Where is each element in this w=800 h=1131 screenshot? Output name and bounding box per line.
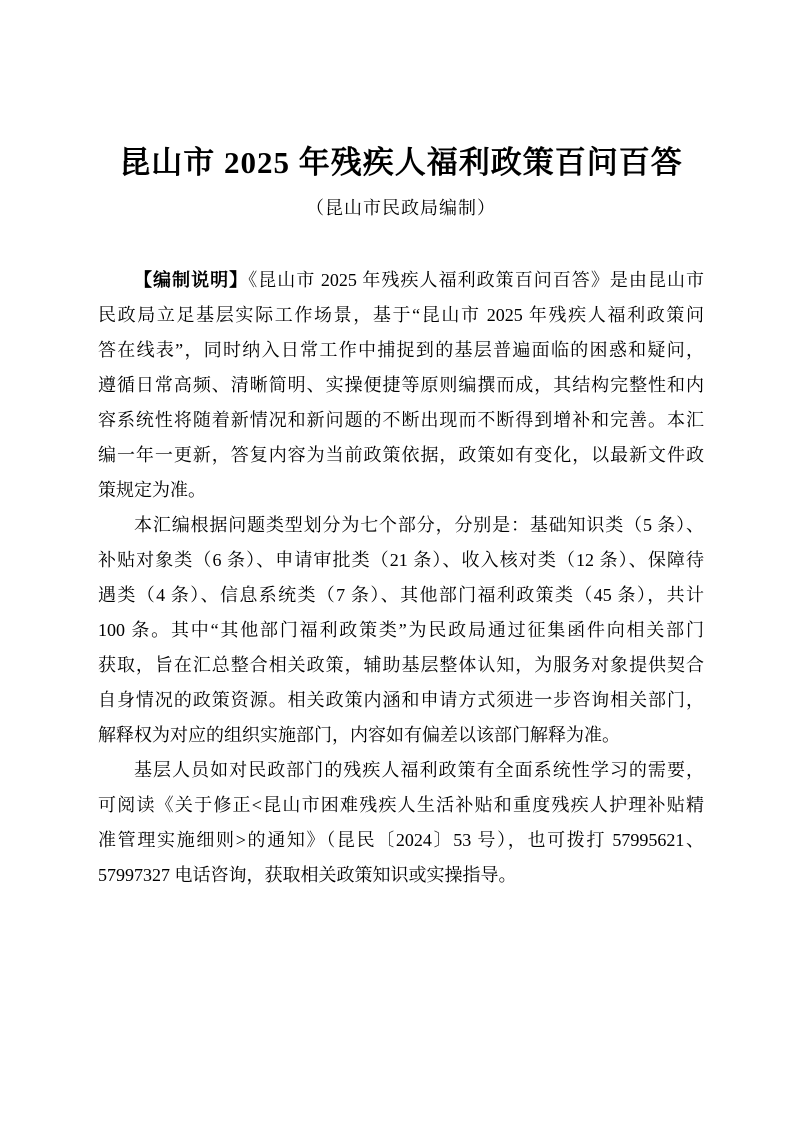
paragraph-text: 《昆山市 2025 年残疾人福利政策百问百答》是由昆山市 — [248, 270, 704, 290]
paragraph-line: 答在线表”，同时纳入日常工作中捕捉到的基层普遍面临的困惑和疑问， — [98, 333, 704, 368]
page-subtitle: （昆山市民政局编制） — [98, 196, 704, 220]
paragraph-line: 可阅读《关于修正<昆山市困难残疾人生活补贴和重度残疾人护理补贴精 — [98, 788, 704, 823]
paragraph-line: 【编制说明】《昆山市 2025 年残疾人福利政策百问百答》是由昆山市 — [98, 263, 704, 298]
paragraph-line: 民政局立足基层实际工作场景，基于“昆山市 2025 年残疾人福利政策问 — [98, 298, 704, 333]
document-page: 昆山市 2025 年残疾人福利政策百问百答 （昆山市民政局编制） 【编制说明】《… — [0, 0, 800, 1131]
paragraph-line: 编一年一更新，答复内容为当前政策依据，政策如有变化，以最新文件政 — [98, 438, 704, 473]
paragraph-line: 遇类（4 条）、信息系统类（7 条）、其他部门福利政策类（45 条），共计 — [98, 578, 704, 613]
paragraph-line: 57997327 电话咨询，获取相关政策知识或实操指导。 — [98, 858, 704, 893]
page-title: 昆山市 2025 年残疾人福利政策百问百答 — [98, 143, 704, 183]
paragraph-line: 策规定为准。 — [98, 473, 704, 508]
paragraph-line: 容系统性将随着新情况和新问题的不断出现而不断得到增补和完善。本汇 — [98, 403, 704, 438]
paragraph-line: 解释权为对应的组织实施部门，内容如有偏差以该部门解释为准。 — [98, 718, 704, 753]
paragraph-line: 自身情况的政策资源。相关政策内涵和申请方式须进一步咨询相关部门， — [98, 683, 704, 718]
paragraph-line: 100 条。其中“其他部门福利政策类”为民政局通过征集函件向相关部门 — [98, 613, 704, 648]
document-body: 【编制说明】《昆山市 2025 年残疾人福利政策百问百答》是由昆山市 民政局立足… — [98, 263, 704, 893]
paragraph-line: 获取，旨在汇总整合相关政策，辅助基层整体认知，为服务对象提供契合 — [98, 648, 704, 683]
paragraph-line: 本汇编根据问题类型划分为七个部分，分别是：基础知识类（5 条）、 — [98, 508, 704, 543]
paragraph-line: 准管理实施细则>的通知》（昆民〔2024〕53 号），也可拨打 57995621… — [98, 823, 704, 858]
paragraph-line: 基层人员如对民政部门的残疾人福利政策有全面系统性学习的需要， — [98, 753, 704, 788]
paragraph-line: 补贴对象类（6 条）、申请审批类（21 条）、收入核对类（12 条）、保障待 — [98, 543, 704, 578]
section-label: 【编制说明】 — [134, 270, 248, 290]
paragraph-line: 遵循日常高频、清晰简明、实操便捷等原则编撰而成，其结构完整性和内 — [98, 368, 704, 403]
